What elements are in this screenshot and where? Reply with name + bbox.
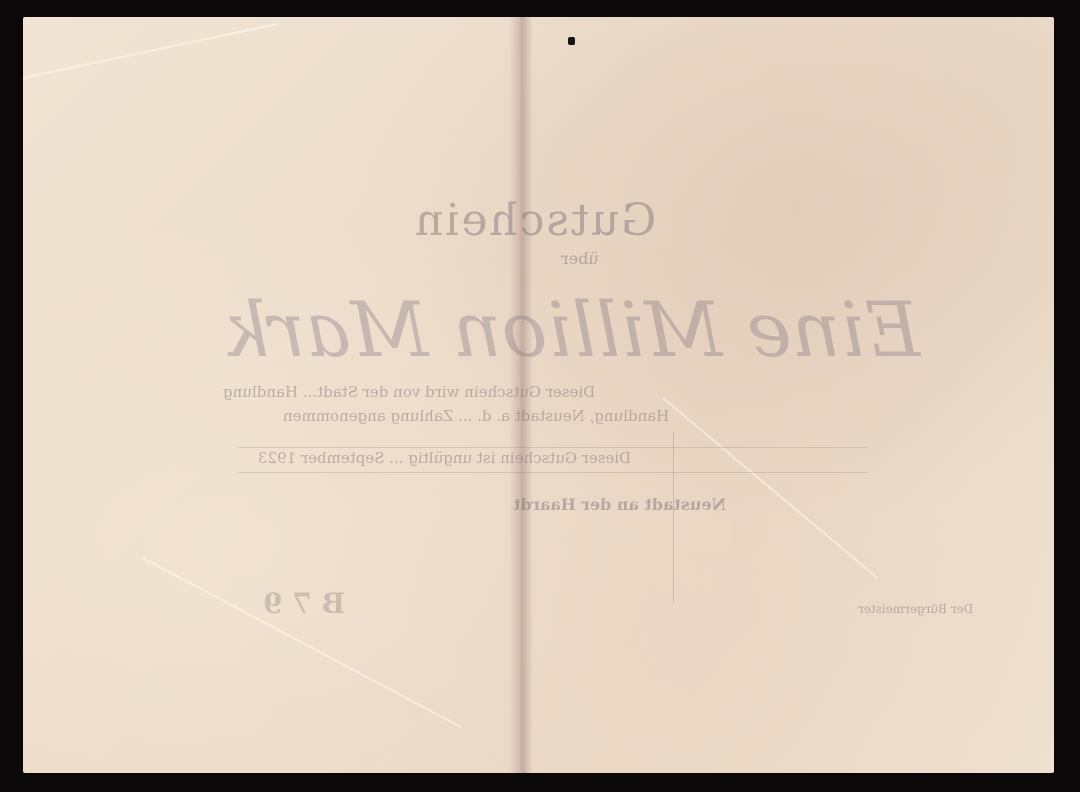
crease <box>143 557 462 728</box>
title-showthrough: Gutschein <box>413 195 656 246</box>
amount-showthrough: Eine Million Mark <box>223 285 920 374</box>
place-line: Neustadt an der Haardt <box>513 495 726 514</box>
vertical-divider <box>673 432 674 602</box>
text-line-1: Dieser Gutschein wird von der Stadt... H… <box>223 383 595 401</box>
paper-hole <box>568 37 575 45</box>
crease <box>662 397 878 579</box>
text-line-2: Handlung, Neustadt a. d. ... Zahlung ang… <box>283 407 669 425</box>
subtitle-showthrough: über <box>561 249 599 268</box>
text-line-3: Dieser Gutschein ist ungültig ... Septem… <box>258 449 631 467</box>
footer-text: Der Bürgermeister <box>858 602 973 616</box>
serial-mark: B 7 9 <box>263 587 345 620</box>
crease <box>23 23 278 79</box>
divider <box>238 447 868 448</box>
voucher-paper: Gutschein über Eine Million Mark Dieser … <box>23 17 1054 773</box>
divider <box>238 472 868 473</box>
